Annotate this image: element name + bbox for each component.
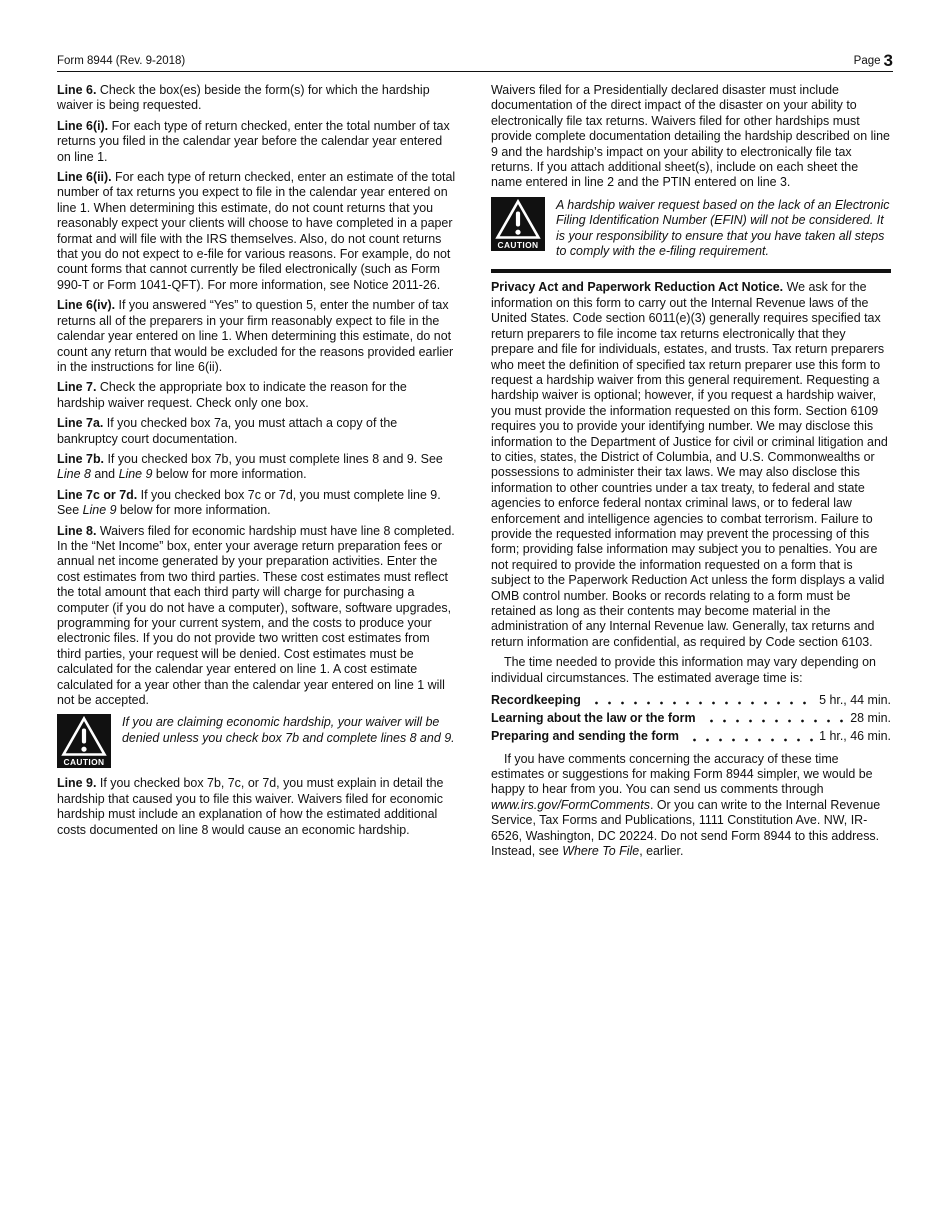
paragraph: Waivers filed for a Presidentially decla…	[491, 83, 891, 191]
text-run: If you checked box 7b, you must complete…	[107, 452, 442, 466]
text-run: Check the box(es) beside the form(s) for…	[57, 83, 430, 112]
paragraph: Line 7. Check the appropriate box to ind…	[57, 380, 457, 411]
caution-text: A hardship waiver request based on the l…	[556, 197, 891, 260]
bold-run: Line 8.	[57, 524, 100, 538]
document-page: Form 8944 (Rev. 9-2018) Page 3 Line 6. C…	[0, 0, 950, 1230]
paragraph: Line 9. If you checked box 7b, 7c, or 7d…	[57, 776, 457, 838]
italic-run: If you are claiming economic hardship, y…	[122, 715, 455, 744]
time-estimate-row: Preparing and sending the form1 hr., 46 …	[491, 727, 891, 745]
paragraph: Line 6(i). For each type of return check…	[57, 119, 457, 165]
italic-run: Where To File	[562, 844, 639, 858]
bold-run: Line 7b.	[57, 452, 107, 466]
paragraph: If you have comments concerning the accu…	[491, 752, 891, 860]
paragraph: Privacy Act and Paperwork Reduction Act …	[491, 280, 891, 650]
caution-text: If you are claiming economic hardship, y…	[122, 714, 457, 768]
paragraph: Line 7c or 7d. If you checked box 7c or …	[57, 488, 457, 519]
page-indicator: Page 3	[854, 54, 893, 67]
italic-run: Line 8	[57, 467, 91, 481]
time-estimate-row: Recordkeeping5 hr., 44 min.	[491, 691, 891, 709]
caution-icon: CAUTION	[57, 714, 111, 768]
time-value: 1 hr., 46 min.	[819, 727, 891, 745]
text-run: For each type of return checked, enter t…	[57, 119, 450, 164]
svg-text:CAUTION: CAUTION	[498, 240, 539, 250]
time-estimate-row: Learning about the law or the form28 min…	[491, 709, 891, 727]
italic-run: Line 9	[83, 503, 117, 517]
text-run: below for more information.	[152, 467, 306, 481]
text-run: Waivers filed for a Presidentially decla…	[491, 83, 890, 189]
time-activity-label: Recordkeeping	[491, 691, 581, 709]
text-run: Waivers filed for economic hardship must…	[57, 524, 455, 707]
text-run: The time needed to provide this informat…	[491, 655, 876, 684]
bold-run: Line 7a.	[57, 416, 107, 430]
text-run: We ask for the information on this form …	[491, 280, 888, 648]
page-label: Page	[854, 55, 881, 67]
two-column-body: Line 6. Check the box(es) beside the for…	[57, 83, 893, 864]
text-run: If you have comments concerning the accu…	[491, 752, 873, 797]
paragraph: Line 6(iv). If you answered “Yes” to que…	[57, 298, 457, 375]
caution-note: CAUTION A hardship waiver request based …	[491, 197, 891, 260]
dot-leader	[688, 738, 813, 742]
time-value: 5 hr., 44 min.	[819, 691, 891, 709]
text-run: and	[91, 467, 119, 481]
paragraph: Line 8. Waivers filed for economic hards…	[57, 524, 457, 709]
bold-run: Line 6.	[57, 83, 100, 97]
left-column: Line 6. Check the box(es) beside the for…	[57, 83, 457, 864]
italic-run: A hardship waiver request based on the l…	[556, 198, 889, 258]
bold-run: Line 6(i).	[57, 119, 112, 133]
bold-run: Line 9.	[57, 776, 100, 790]
page-header: Form 8944 (Rev. 9-2018) Page 3	[57, 54, 893, 72]
bold-run: Line 6(ii).	[57, 170, 115, 184]
text-run: Check the appropriate box to indicate th…	[57, 380, 407, 409]
time-value: 28 min.	[850, 709, 891, 727]
time-activity-label: Preparing and sending the form	[491, 727, 679, 745]
time-estimates-list: Recordkeeping5 hr., 44 min.Learning abou…	[491, 691, 891, 746]
form-revision: Form 8944 (Rev. 9-2018)	[57, 55, 185, 67]
text-run: , earlier.	[639, 844, 683, 858]
right-column: Waivers filed for a Presidentially decla…	[491, 83, 891, 864]
text-run: If you checked box 7b, 7c, or 7d, you mu…	[57, 776, 443, 836]
caution-note: CAUTION If you are claiming economic har…	[57, 714, 457, 768]
italic-run: www.irs.gov/FormComments	[491, 798, 650, 812]
paragraph: Line 7b. If you checked box 7b, you must…	[57, 452, 457, 483]
dot-leader	[590, 701, 813, 705]
section-divider	[491, 269, 891, 273]
bold-run: Line 7c or 7d.	[57, 488, 141, 502]
paragraph: Line 6. Check the box(es) beside the for…	[57, 83, 457, 114]
text-run: For each type of return checked, enter a…	[57, 170, 455, 292]
paragraph: Line 6(ii). For each type of return chec…	[57, 170, 457, 293]
bold-run: Line 7.	[57, 380, 100, 394]
svg-text:CAUTION: CAUTION	[64, 757, 105, 767]
time-activity-label: Learning about the law or the form	[491, 709, 696, 727]
caution-icon: CAUTION	[491, 197, 545, 251]
dot-leader	[705, 719, 845, 723]
text-run: below for more information.	[116, 503, 270, 517]
bold-run: Privacy Act and Paperwork Reduction Act …	[491, 280, 787, 294]
italic-run: Line 9	[119, 467, 153, 481]
paragraph: Line 7a. If you checked box 7a, you must…	[57, 416, 457, 447]
page-number: 3	[884, 54, 893, 67]
bold-run: Line 6(iv).	[57, 298, 119, 312]
paragraph: The time needed to provide this informat…	[491, 655, 891, 686]
text-run: If you checked box 7a, you must attach a…	[57, 416, 397, 445]
